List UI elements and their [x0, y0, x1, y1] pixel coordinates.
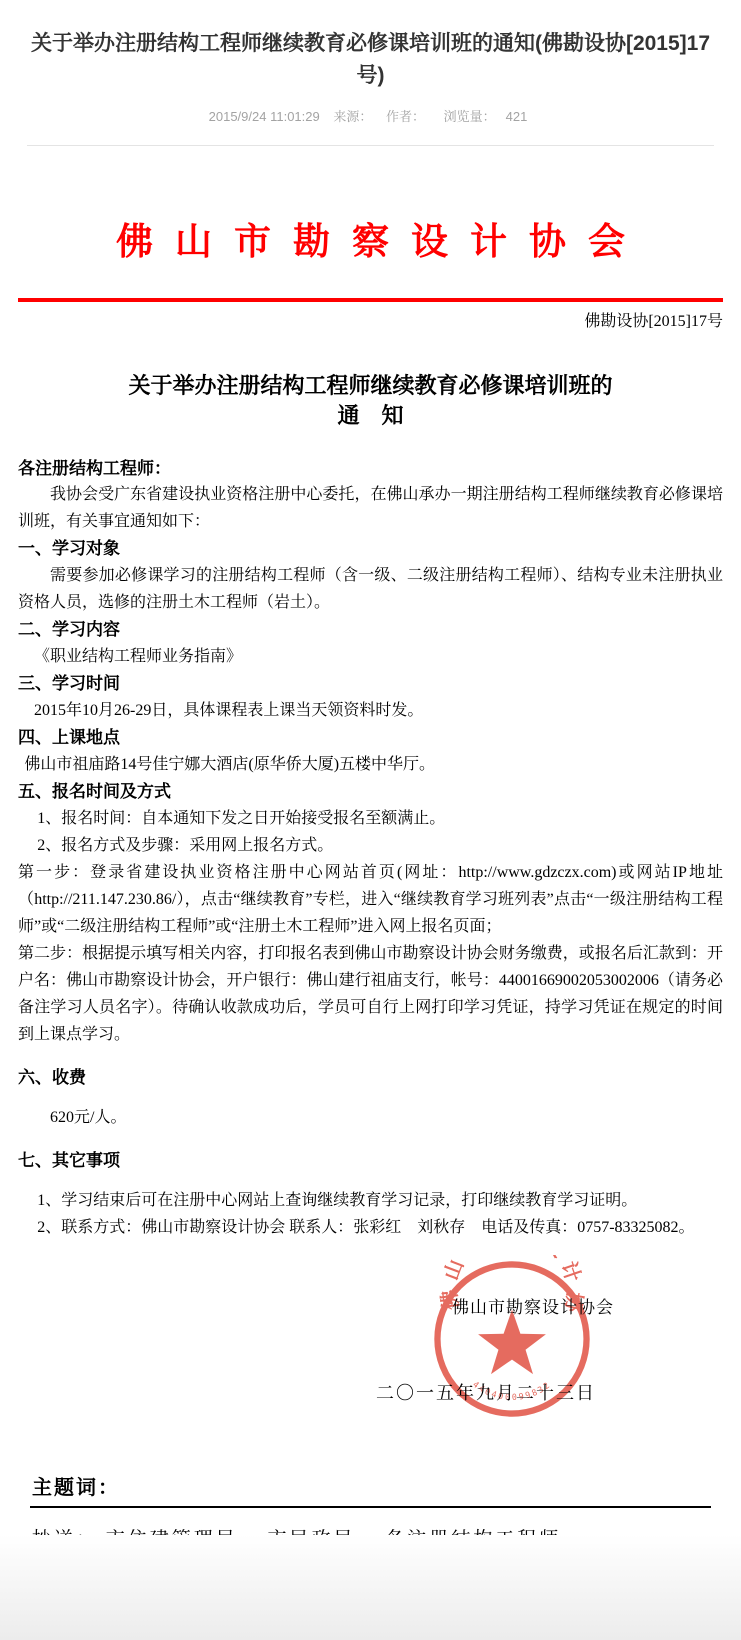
- signature-org: 佛山市勘察设计协会: [452, 1297, 614, 1319]
- intro-paragraph: 我协会受广东省建设执业资格注册中心委托，在佛山承办一期注册结构工程师继续教育必修…: [18, 481, 723, 535]
- meta-timestamp: 2015/9/24 11:01:29: [209, 109, 320, 124]
- section-paragraph-step2: 第二步：根据提示填写相关内容，打印报名表到佛山市勘察设计协会财务缴费，或报名后汇…: [18, 940, 723, 1048]
- section-registration: 五、报名时间及方式 1、报名时间：自本通知下发之日开始接受报名至额满止。 2、报…: [18, 778, 723, 1048]
- section-paragraph: 620元/人。: [18, 1104, 723, 1131]
- seal-star: [478, 1310, 546, 1375]
- letterhead-divider: [18, 298, 723, 302]
- signature-area: 佛山市勘察设计协会 440400099832 佛山市勘察设计协会 二〇一五年九月…: [18, 1241, 723, 1469]
- meta-views-value: 421: [506, 109, 528, 124]
- subject-row: 主题词：: [30, 1469, 711, 1508]
- section-fee: 六、收费 620元/人。: [18, 1064, 723, 1131]
- meta-source-label: 来源：: [333, 109, 372, 124]
- official-document: 佛山市勘察设计协会 佛勘设协[2015]17号 关于举办注册结构工程师继续教育必…: [0, 218, 741, 1613]
- section-paragraph: 需要参加必修课学习的注册结构工程师（含一级、二级注册结构工程师）、结构专业未注册…: [18, 562, 723, 616]
- doc-title-line1: 关于举办注册结构工程师继续教育必修课培训班的: [58, 371, 683, 401]
- section-paragraph: 佛山市祖庙路14号佳宁娜大酒店(原华侨大厦)五楼中华厅。: [18, 751, 723, 778]
- section-paragraph: 2015年10月26-29日，具体课程表上课当天领资料时发。: [18, 697, 723, 724]
- doc-title-line2: 通 知: [58, 401, 683, 431]
- doc-number: 佛勘设协[2015]17号: [18, 311, 723, 333]
- doc-title: 关于举办注册结构工程师继续教育必修课培训班的 通 知: [58, 371, 683, 431]
- section-heading: 二、学习内容: [18, 616, 723, 643]
- section-heading: 五、报名时间及方式: [18, 778, 723, 805]
- page-meta: 2015/9/24 11:01:29 来源： 作者： 浏览量：421: [0, 108, 741, 126]
- section-heading: 四、上课地点: [18, 724, 723, 751]
- letterhead-org-name: 佛山市勘察设计协会: [18, 218, 723, 268]
- signature-date: 二〇一五年九月二十三日: [370, 1381, 602, 1405]
- subject-label: 主题词：: [32, 1477, 120, 1499]
- section-paragraph: 2、报名方式及步骤：采用网上报名方式。: [18, 832, 723, 859]
- section-heading: 三、学习时间: [18, 670, 723, 697]
- section-paragraph: 2、联系方式：佛山市勘察设计协会 联系人：张彩红 刘秋存 电话及传真：0757-…: [18, 1214, 723, 1241]
- section-heading: 一、学习对象: [18, 535, 723, 562]
- bottom-fade: [0, 1535, 741, 1640]
- section-study-time: 三、学习时间 2015年10月26-29日，具体课程表上课当天领资料时发。: [18, 670, 723, 724]
- section-study-content: 二、学习内容 《职业结构工程师业务指南》: [18, 616, 723, 670]
- section-paragraph: 1、报名时间：自本通知下发之日开始接受报名至额满止。: [18, 805, 723, 832]
- page-title: 关于举办注册结构工程师继续教育必修课培训班的通知(佛勘设协[2015]17号): [26, 28, 715, 92]
- section-heading: 七、其它事项: [18, 1147, 723, 1174]
- section-paragraph-step1: 第一步：登录省建设执业资格注册中心网站首页(网址：http://www.gdzc…: [18, 859, 723, 940]
- meta-views: 浏览量：421: [439, 109, 533, 124]
- header-separator: [27, 145, 714, 146]
- section-other-matters: 七、其它事项 1、学习结束后可在注册中心网站上查询继续教育学习记录，打印继续教育…: [18, 1147, 723, 1241]
- section-heading: 六、收费: [18, 1064, 723, 1091]
- meta-author-label: 作者：: [386, 109, 425, 124]
- section-paragraph: 《职业结构工程师业务指南》: [18, 643, 723, 670]
- section-paragraph: 1、学习结束后可在注册中心网站上查询继续教育学习记录，打印继续教育学习证明。: [18, 1187, 723, 1214]
- section-class-location: 四、上课地点 佛山市祖庙路14号佳宁娜大酒店(原华侨大厦)五楼中华厅。: [18, 724, 723, 778]
- section-study-target: 一、学习对象 需要参加必修课学习的注册结构工程师（含一级、二级注册结构工程师）、…: [18, 535, 723, 616]
- salutation: 各注册结构工程师：: [18, 457, 723, 481]
